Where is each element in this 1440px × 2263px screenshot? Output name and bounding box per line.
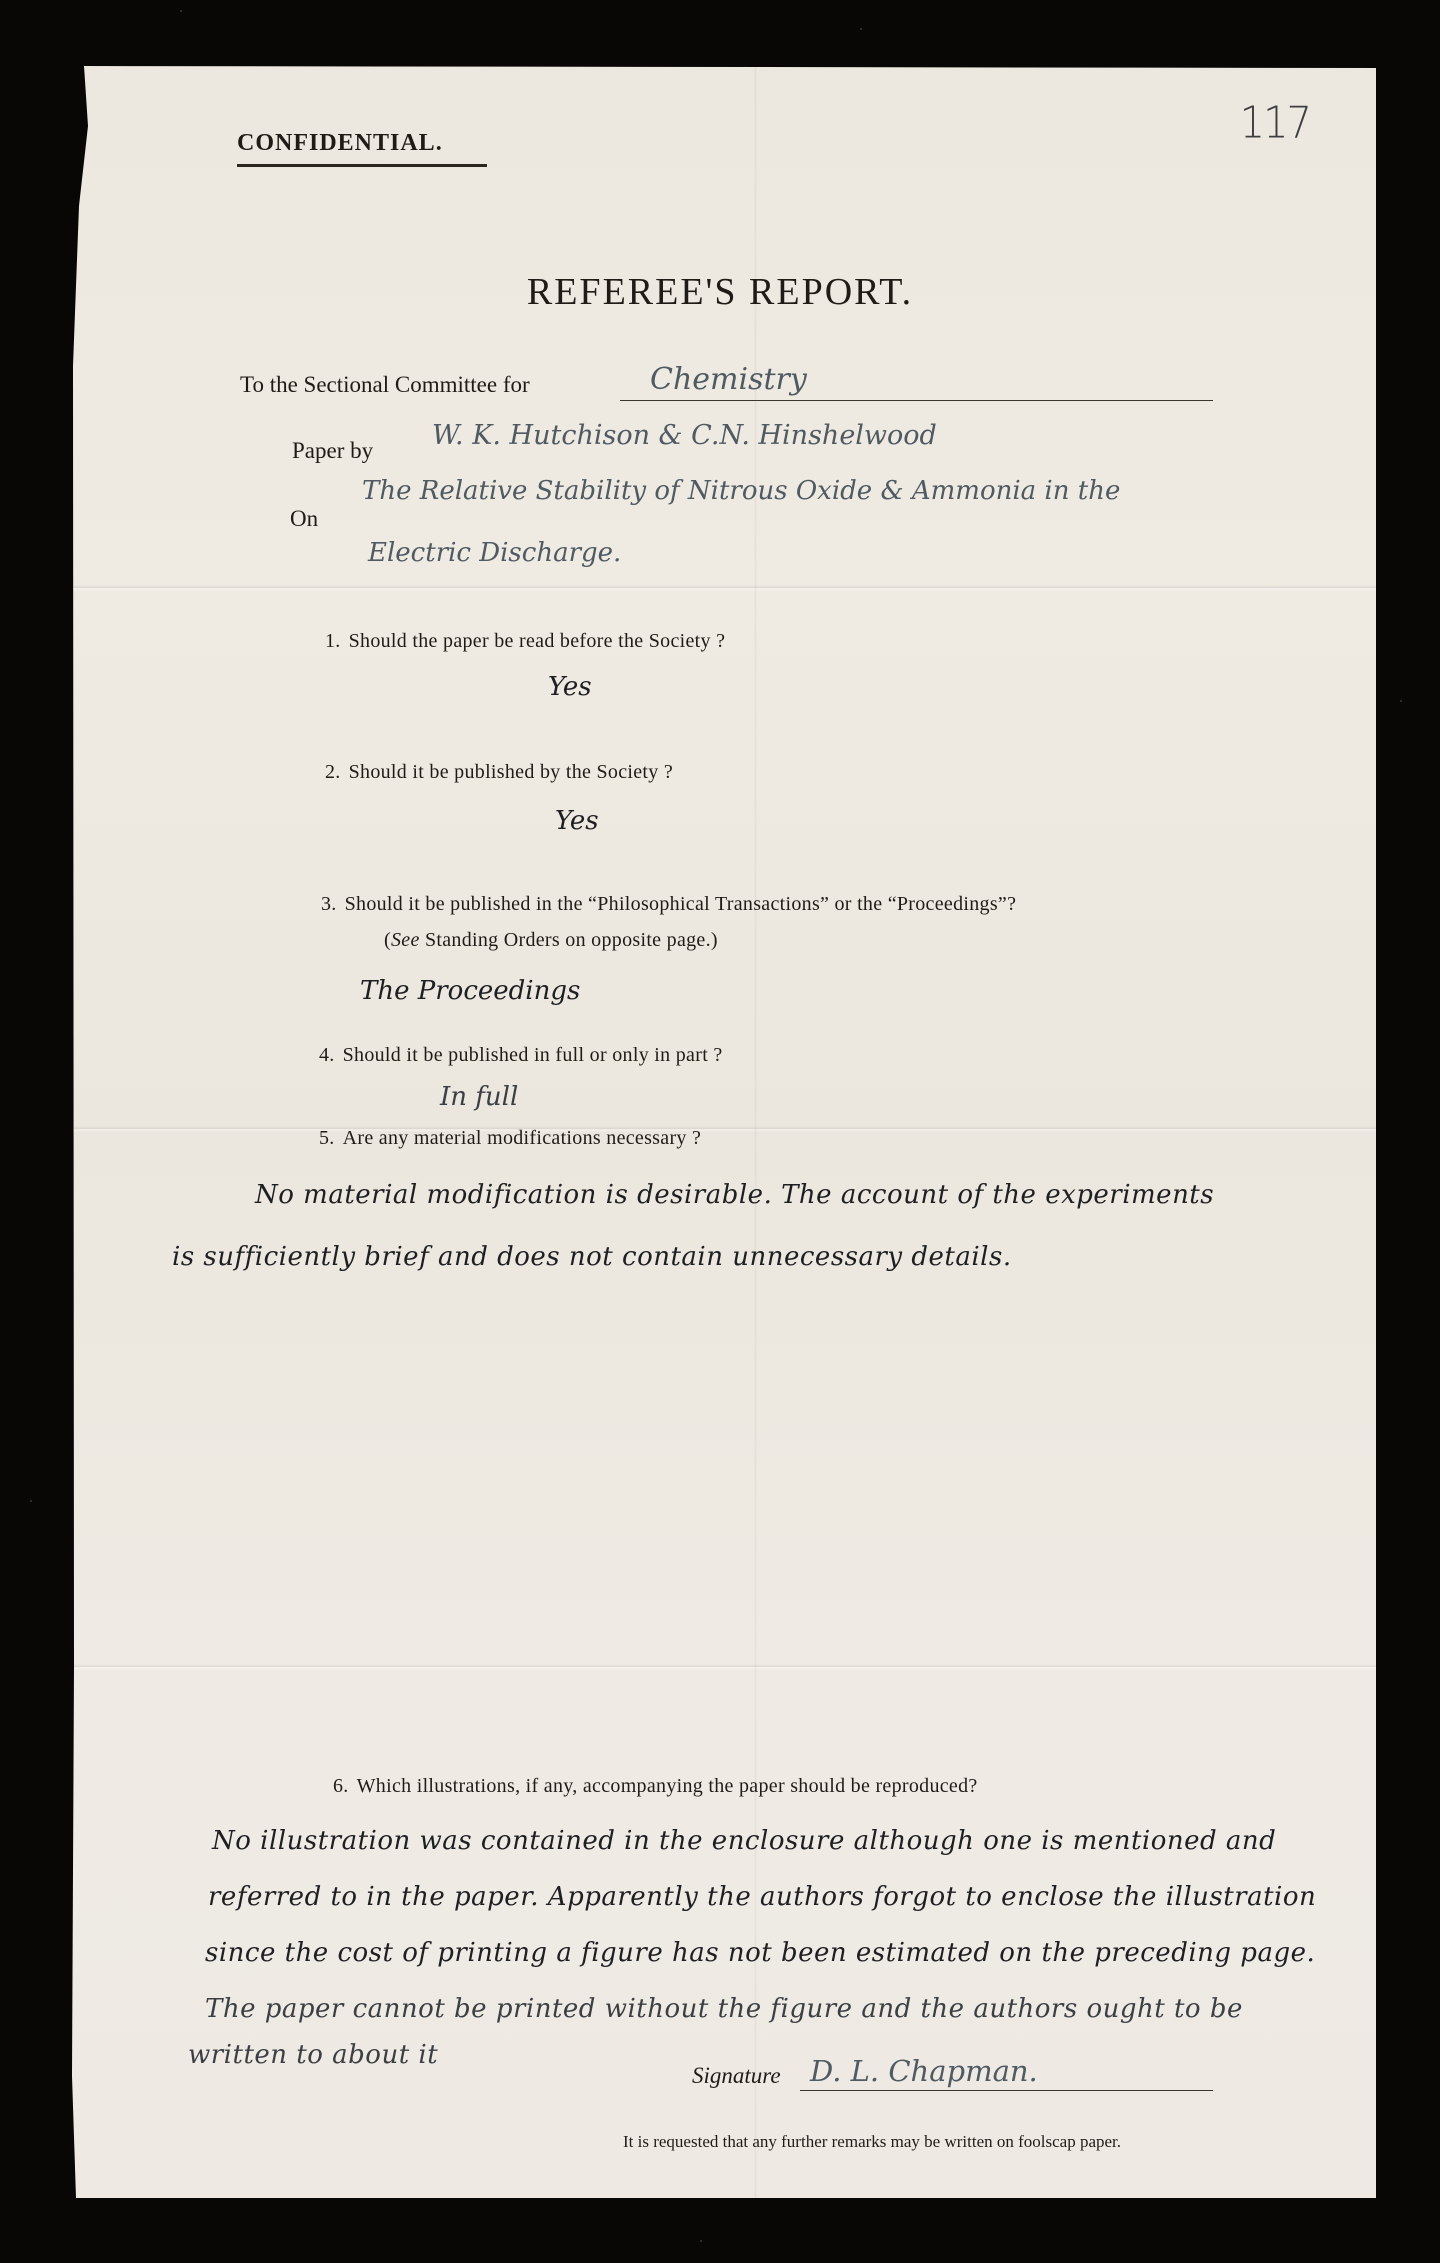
note-see: See: [391, 929, 420, 951]
question-6: 6.Which illustrations, if any, accompany…: [333, 1775, 978, 1798]
folio-number: 117: [1240, 98, 1310, 149]
question-number: 6.: [333, 1775, 349, 1797]
answer-2: Yes: [555, 806, 599, 836]
question-text: Should it be published in full or only i…: [343, 1044, 723, 1066]
paper-by-label: Paper by: [292, 438, 373, 464]
signature-value: D. L. Chapman.: [810, 2054, 1038, 2088]
fold-line: [72, 1126, 1376, 1132]
answer-6-line-3: since the cost of printing a figure has …: [205, 1938, 1315, 1968]
backdrop-speck: [1400, 700, 1402, 702]
footer-note: It is requested that any further remarks…: [623, 2132, 1121, 2152]
answer-6-line-2: referred to in the paper. Apparently the…: [208, 1882, 1316, 1912]
note-rest: Standing Orders on opposite page.): [425, 929, 718, 951]
fold-line: [72, 1664, 1376, 1670]
signature-fill-line: [800, 2090, 1213, 2091]
signature-label: Signature: [692, 2063, 781, 2089]
question-number: 4.: [319, 1044, 335, 1066]
page-title: REFEREE'S REPORT.: [0, 270, 1440, 314]
question-text: Are any material modifications necessary…: [343, 1127, 702, 1149]
confidential-heading: CONFIDENTIAL.: [237, 130, 443, 157]
answer-6-line-1: No illustration was contained in the enc…: [212, 1826, 1276, 1856]
backdrop-speck: [700, 2240, 702, 2242]
question-text: Should it be published by the Society ?: [349, 761, 673, 783]
committee-value: Chemistry: [650, 362, 807, 397]
question-3: 3.Should it be published in the “Philoso…: [321, 893, 1016, 916]
answer-5-line-2: is sufficiently brief and does not conta…: [172, 1242, 1012, 1272]
question-number: 5.: [319, 1127, 335, 1149]
question-number: 2.: [325, 761, 341, 783]
question-number: 1.: [325, 630, 341, 652]
on-label: On: [290, 506, 318, 532]
on-value-line2: Electric Discharge.: [368, 538, 621, 568]
backdrop-speck: [860, 28, 862, 30]
committee-fill-line: [620, 400, 1213, 401]
question-2: 2.Should it be published by the Society …: [325, 761, 673, 784]
question-3-note: (See Standing Orders on opposite page.): [384, 929, 718, 952]
answer-6-line-5: written to about it: [188, 2040, 438, 2070]
answer-3: The Proceedings: [360, 976, 580, 1006]
paper-by-value: W. K. Hutchison & C.N. Hinshelwood: [432, 420, 937, 451]
answer-6-line-4: The paper cannot be printed without the …: [205, 1994, 1243, 2024]
question-5: 5.Are any material modifications necessa…: [319, 1127, 701, 1150]
question-text: Should the paper be read before the Soci…: [349, 630, 726, 652]
answer-1: Yes: [548, 672, 592, 702]
answer-5-line-1: No material modification is desirable. T…: [255, 1180, 1214, 1210]
on-value-line1: The Relative Stability of Nitrous Oxide …: [362, 476, 1120, 506]
backdrop-speck: [30, 1500, 32, 1502]
committee-label: To the Sectional Committee for: [240, 372, 530, 398]
question-4: 4.Should it be published in full or only…: [319, 1044, 723, 1067]
question-text: Should it be published in the “Philosoph…: [345, 893, 1017, 915]
note-paren: (: [384, 929, 391, 951]
question-text: Which illustrations, if any, accompanyin…: [357, 1775, 978, 1797]
confidential-underline: [237, 164, 487, 167]
fold-line: [72, 585, 1376, 591]
backdrop-speck: [180, 10, 182, 12]
answer-4: In full: [440, 1082, 518, 1112]
question-number: 3.: [321, 893, 337, 915]
question-1: 1.Should the paper be read before the So…: [325, 630, 725, 653]
